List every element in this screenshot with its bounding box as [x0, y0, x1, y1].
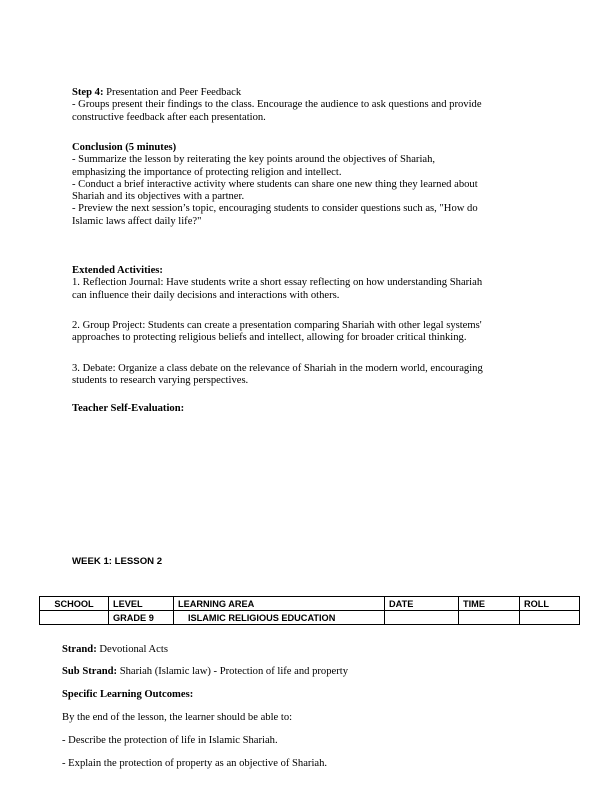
header-date: DATE — [385, 597, 459, 611]
conclusion-line: Shariah and its objectives with a partne… — [72, 191, 552, 203]
outcomes-intro: By the end of the lesson, the learner sh… — [62, 712, 562, 724]
table-row: GRADE 9 ISLAMIC RELIGIOUS EDUCATION — [40, 611, 580, 625]
extended-item-1-cont: can influence their daily decisions and … — [72, 290, 552, 302]
strand-label: Strand: — [62, 644, 97, 655]
lesson2-details: Strand: Devotional Acts Sub Strand: Shar… — [62, 633, 562, 781]
week-lesson-title: WEEK 1: LESSON 2 — [72, 556, 162, 567]
header-level: LEVEL — [109, 597, 174, 611]
conclusion-line: Islamic laws affect daily life?" — [72, 216, 552, 228]
self-evaluation-section: Teacher Self-Evaluation: — [72, 403, 552, 415]
conclusion-section: Conclusion (5 minutes) - Summarize the l… — [72, 142, 552, 228]
step4-section: Step 4: Presentation and Peer Feedback -… — [72, 87, 552, 124]
conclusion-line: - Summarize the lesson by reiterating th… — [72, 154, 552, 166]
cell-roll — [520, 611, 580, 625]
extended-item-2: 2. Group Project: Students can create a … — [72, 320, 552, 332]
outcome-item: - Explain the protection of property as … — [62, 758, 562, 770]
step4-line: constructive feedback after each present… — [72, 112, 552, 124]
step4-line: - Groups present their findings to the c… — [72, 99, 552, 111]
extended-item-2-block: 2. Group Project: Students can create a … — [72, 320, 552, 345]
header-school: SCHOOL — [40, 597, 109, 611]
cell-time — [459, 611, 520, 625]
lesson-info-table: SCHOOL LEVEL LEARNING AREA DATE TIME ROL… — [39, 596, 580, 625]
extended-item-2-cont: approaches to protecting religious belie… — [72, 332, 552, 344]
cell-date — [385, 611, 459, 625]
extended-activities-section: Extended Activities: 1. Reflection Journ… — [72, 265, 552, 302]
table-header-row: SCHOOL LEVEL LEARNING AREA DATE TIME ROL… — [40, 597, 580, 611]
extended-item-3-cont: students to research varying perspective… — [72, 375, 552, 387]
strand-value: Devotional Acts — [97, 644, 168, 655]
conclusion-heading: Conclusion (5 minutes) — [72, 142, 176, 153]
cell-school — [40, 611, 109, 625]
cell-level: GRADE 9 — [109, 611, 174, 625]
outcome-item: - Describe the protection of life in Isl… — [62, 735, 562, 747]
cell-learning-area: ISLAMIC RELIGIOUS EDUCATION — [174, 611, 385, 625]
sub-strand-value: Shariah (Islamic law) - Protection of li… — [117, 666, 348, 677]
step4-title: Presentation and Peer Feedback — [104, 87, 242, 98]
header-time: TIME — [459, 597, 520, 611]
extended-item-3: 3. Debate: Organize a class debate on th… — [72, 363, 552, 375]
conclusion-line: emphasizing the importance of protecting… — [72, 167, 552, 179]
header-learning-area: LEARNING AREA — [174, 597, 385, 611]
sub-strand-label: Sub Strand: — [62, 666, 117, 677]
self-evaluation-heading: Teacher Self-Evaluation: — [72, 403, 184, 414]
extended-item-1: 1. Reflection Journal: Have students wri… — [72, 277, 552, 289]
outcomes-heading: Specific Learning Outcomes: — [62, 689, 193, 700]
header-roll: ROLL — [520, 597, 580, 611]
extended-heading: Extended Activities: — [72, 265, 163, 276]
extended-item-3-block: 3. Debate: Organize a class debate on th… — [72, 363, 552, 388]
conclusion-line: - Conduct a brief interactive activity w… — [72, 179, 552, 191]
conclusion-line: - Preview the next session’s topic, enco… — [72, 203, 552, 215]
step4-label: Step 4: — [72, 87, 104, 98]
